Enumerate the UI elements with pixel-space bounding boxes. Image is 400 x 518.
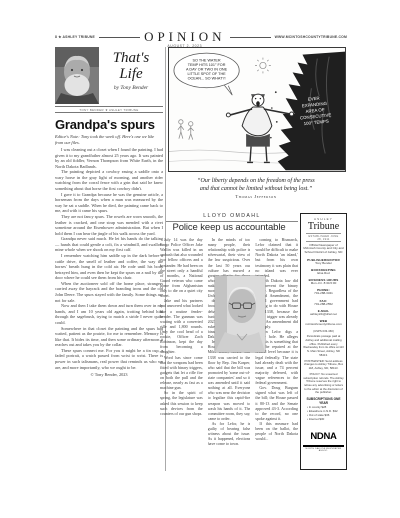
- column-header: That's Life by Tony Bender: [55, 47, 163, 104]
- thats-life-column: That's Life by Tony Bender TONY BENDER ★…: [55, 47, 163, 471]
- paragraph: I gave it to Grandpa because he was the …: [55, 192, 163, 214]
- police-column-1: July 14 was the day Fargo Police Officer…: [160, 237, 203, 470]
- phone-number: 701-288-3341: [303, 292, 344, 296]
- paragraph: These spurs connect me. For you it might…: [55, 348, 163, 370]
- official-newspaper-note: Official Newspaper of McIntosh County an…: [303, 244, 344, 256]
- paragraph: July 14 was the day Fargo Police Officer…: [160, 237, 203, 298]
- article-headline-police: Police keep us accountable: [160, 222, 298, 233]
- masthead-name: Tribune: [303, 222, 344, 232]
- paragraph: Now and then I take them down and turn t…: [55, 303, 163, 325]
- subscriptions-heading: SUBSCRIPTIONS ONE YEAR: [303, 398, 344, 406]
- paragraph: If this measure had been on the ballot, …: [255, 421, 298, 441]
- paragraph: coming to Bismarck, Lefor claimed that i…: [255, 237, 298, 278]
- speech-bubble: SO THE WATER TEMP HITS 101° FOR A DAY OR…: [174, 53, 239, 95]
- bubble-text-line: SO THE WATER: [193, 59, 221, 63]
- police-column-3: coming to Bismarck, Lefor claimed that i…: [255, 237, 298, 470]
- sun-icon: [255, 58, 271, 74]
- paragraph: • Internet $30: [307, 418, 344, 422]
- masthead-sidebar: ASHLEY Tribune ESTABLISHED JUNE 28, 1911…: [300, 213, 347, 470]
- cartoon-drawing: SO THE WATER TEMP HITS 101° FOR A DAY OR…: [169, 48, 345, 171]
- ndna-logo-subtext: NORTH DAKOTA NEWSPAPER ASSOC.: [303, 448, 344, 452]
- ndna-logo-text: NDNA: [310, 431, 336, 442]
- email-address: ashleytrib@drtel.net: [303, 313, 344, 317]
- column-byline: by Tony Bender: [99, 85, 163, 91]
- bubble-text-line: OCEAN... SO WHAT?!: [188, 77, 226, 81]
- subscription-rates: • In county $28• Elsewhere in N.D. $32• …: [303, 406, 344, 422]
- quote-attribution: Thomas Jefferson: [166, 194, 346, 199]
- web-address: mcintoshcountytribune.com: [303, 323, 344, 327]
- columnist-name: LLOYD OMDAHL: [166, 213, 298, 222]
- paragraph: I remember watching him saddle up in the…: [55, 253, 163, 281]
- bubble-text-line: TEMP HITS 101° FOR: [188, 63, 226, 67]
- lloyd-omdahl-photo: [215, 276, 265, 352]
- section-title: OPINION: [144, 30, 225, 43]
- tony-bender-photo: [55, 47, 99, 104]
- column-rule-note: TONY BENDER ★ ASHLEY TRIBUNE: [55, 106, 163, 113]
- paragraph: Jake and his partners had answered what …: [160, 298, 203, 354]
- quote-text-line1: “Our liberty depends on the freedom of t…: [166, 177, 346, 185]
- paragraph: Somewhere in that closet the painting an…: [55, 326, 163, 348]
- police-column-2: In the minds of too many people, their r…: [208, 237, 251, 470]
- ndna-logo: NDNA NORTH DAKOTA NEWSPAPER ASSOC.: [303, 426, 344, 452]
- column-title-line2: Life: [99, 67, 163, 83]
- usps-number: (USPS 033-460): [303, 329, 344, 333]
- page-header: 8 ★ ASHLEY TRIBUNE OPINION AUGUST 2, 202…: [55, 30, 347, 48]
- paragraph: They are not fancy spurs. The rowels are…: [55, 214, 163, 236]
- bystander-figures: [178, 120, 194, 140]
- paragraph: When the auctioneer sold off the home pl…: [55, 281, 163, 303]
- fire-wave: EVER EXPANDING AREA OF CONSECUTIVE 100° …: [270, 52, 345, 171]
- column-title-block: That's Life by Tony Bender: [99, 47, 163, 104]
- bookkeeping-name: Elna Rud: [303, 272, 344, 276]
- paragraph: So in the spirit of spring, the legislat…: [160, 390, 203, 416]
- quote-text-line2: and that cannot be limited without being…: [166, 185, 346, 193]
- paragraph: Word has since come that the weapons had…: [160, 355, 203, 391]
- paragraph: I was cleaning out a closet when I found…: [55, 147, 163, 169]
- paragraph: Gov. Doug Burgum signed what was left of…: [255, 385, 298, 421]
- article-headline-grandpas-spurs: Grandpa's spurs: [55, 117, 163, 132]
- paragraph: The painting depicted a cowboy easing a …: [55, 169, 163, 191]
- hours-value: Mon.-Fri. 8:30-5:00: [303, 282, 344, 286]
- bubble-text-line: LITTLE SPOT OF THE: [187, 72, 226, 76]
- editorial-cartoon: SO THE WATER TEMP HITS 101° FOR A DAY OR…: [168, 47, 346, 172]
- police-article-body: July 14 was the day Fargo Police Officer…: [160, 237, 298, 470]
- policy-note: POLICY: No unearned subscription refunds…: [303, 373, 344, 395]
- header-rule-left: [99, 37, 140, 38]
- article-body-grandpas-spurs: I was cleaning out a closet when I found…: [55, 147, 163, 370]
- jefferson-quote: “Our liberty depends on the freedom of t…: [166, 177, 346, 199]
- page-number-label: 8 ★ ASHLEY TRIBUNE: [55, 30, 95, 39]
- website-label: WWW.MCINTOSHCOUNTYTRIBUNE.COM: [275, 30, 347, 39]
- article-copyright: © Tony Bender, 2023: [55, 372, 163, 377]
- periodicals-note: Periodicals postage paid at Ashley and a…: [303, 335, 344, 357]
- column-title-line1: That's: [99, 51, 163, 67]
- postmaster-note: POSTMASTER: Send address changes to Ashl…: [303, 360, 344, 371]
- masthead-established: ESTABLISHED JUNE 28, 1911: [306, 233, 341, 242]
- bubble-text-line: A DAY OR TWO IN ONE: [186, 68, 228, 72]
- header-rule-right: [230, 37, 271, 38]
- fax-number: 701-288-2552: [303, 303, 344, 307]
- paragraph: Grandpa never said much. He let his hand…: [55, 236, 163, 253]
- editors-note: Editor's Note: Tony took the week off. H…: [55, 134, 163, 145]
- newspaper-opinion-page: 8 ★ ASHLEY TRIBUNE OPINION AUGUST 2, 202…: [0, 0, 400, 518]
- section-title-block: OPINION AUGUST 2, 2023: [144, 30, 225, 48]
- publisher-name: Tony Bender: [303, 262, 344, 266]
- paragraph: As for Lefor, he is guilty of bearing fa…: [208, 421, 251, 447]
